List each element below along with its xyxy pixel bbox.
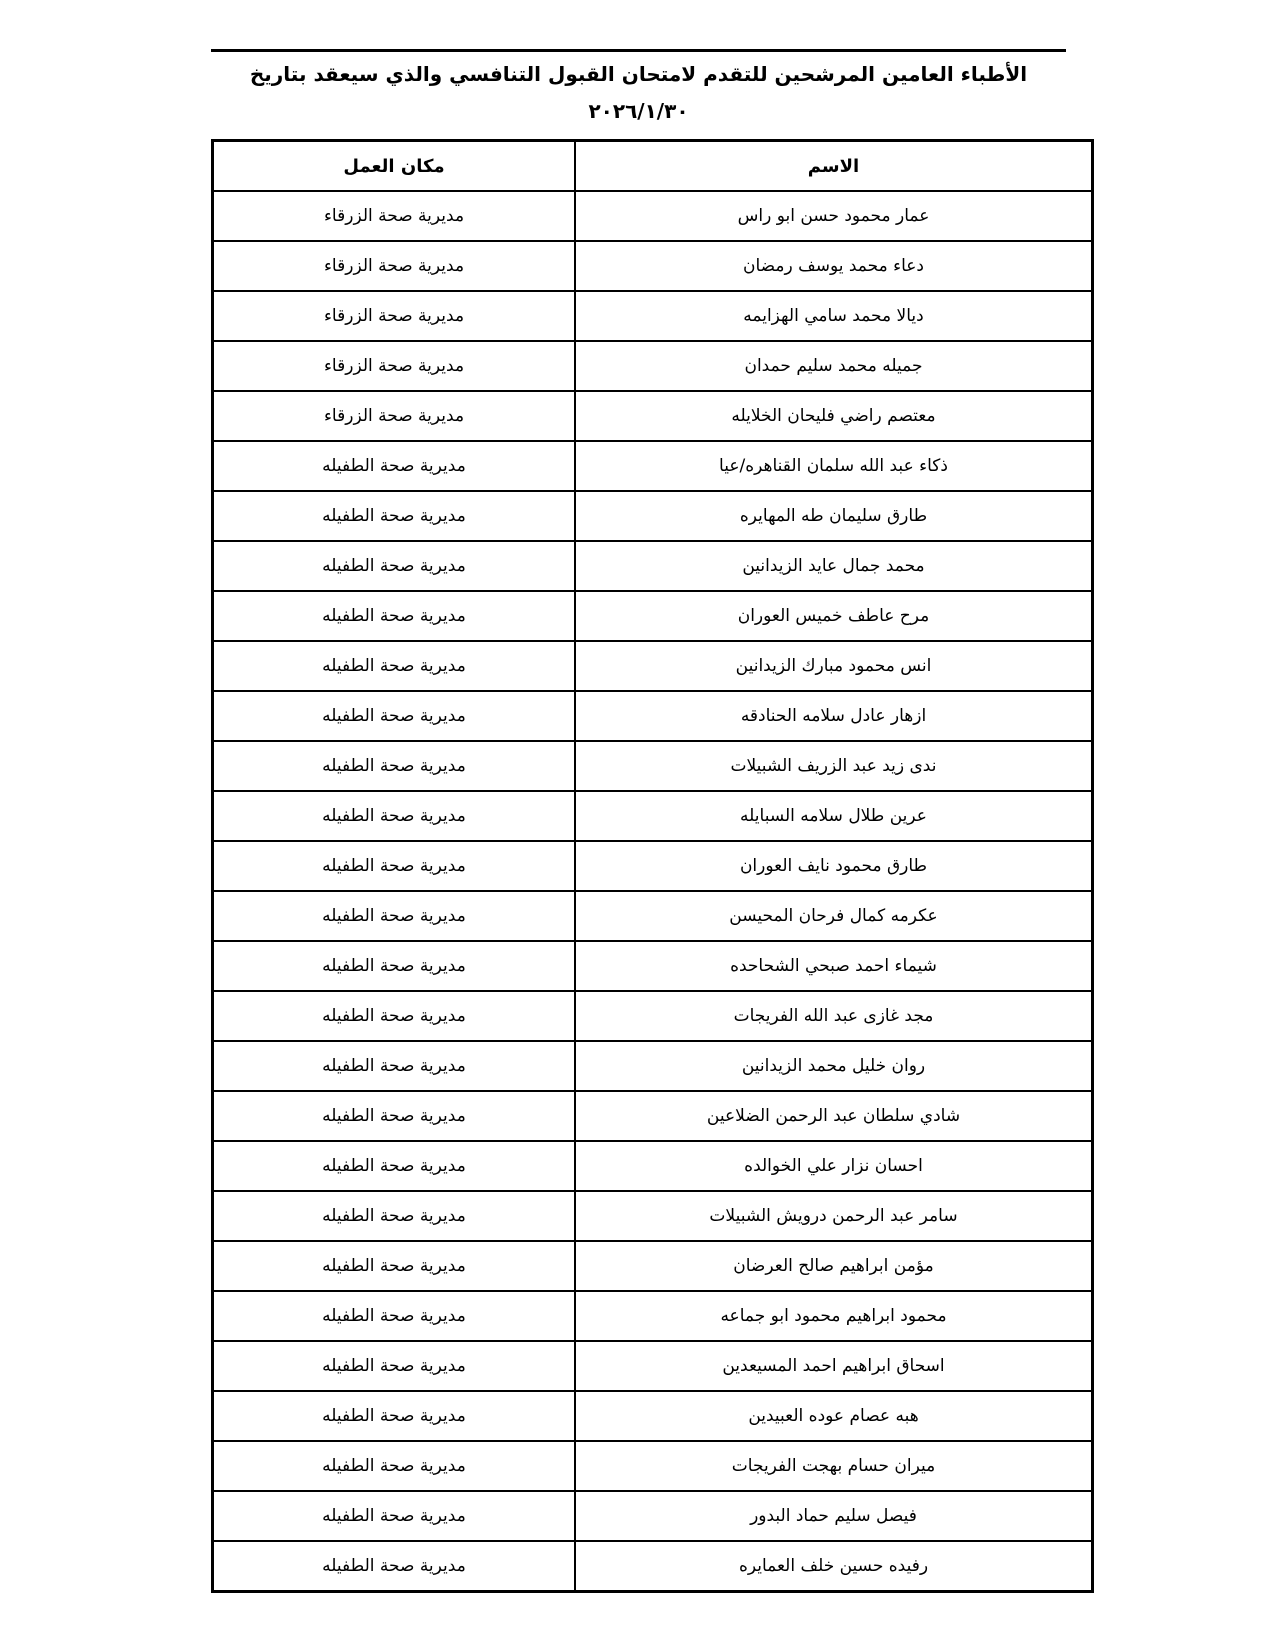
candidate-name-cell: عكرمه كمال فرحان المحيسن: [575, 891, 1093, 941]
table-row: طارق محمود نايف العورانمديرية صحة الطفيل…: [213, 841, 1093, 891]
workplace-cell: مديرية صحة الزرقاء: [213, 191, 576, 241]
candidate-name-cell: عرين طلال سلامه السبايله: [575, 791, 1093, 841]
header-rule: [211, 49, 1066, 52]
table-row: ذكاء عبد الله سلمان القناهره/عيامديرية ص…: [213, 441, 1093, 491]
workplace-cell: مديرية صحة الطفيله: [213, 791, 576, 841]
workplace-cell: مديرية صحة الطفيله: [213, 1391, 576, 1441]
candidate-name-cell: عمار محمود حسن ابو راس: [575, 191, 1093, 241]
table-row: احسان نزار علي الخوالدهمديرية صحة الطفيل…: [213, 1141, 1093, 1191]
table-row: فيصل سليم حماد البدورمديرية صحة الطفيله: [213, 1491, 1093, 1541]
workplace-cell: مديرية صحة الطفيله: [213, 891, 576, 941]
candidate-name-cell: روان خليل محمد الزيدانين: [575, 1041, 1093, 1091]
table-row: شادي سلطان عبد الرحمن الضلاعينمديرية صحة…: [213, 1091, 1093, 1141]
table-row: ميران حسام بهجت الفريجاتمديرية صحة الطفي…: [213, 1441, 1093, 1491]
table-row: عرين طلال سلامه السبايلهمديرية صحة الطفي…: [213, 791, 1093, 841]
candidate-name-cell: فيصل سليم حماد البدور: [575, 1491, 1093, 1541]
candidate-name-cell: اسحاق ابراهيم احمد المسيعدين: [575, 1341, 1093, 1391]
table-row: طارق سليمان طه المهايرهمديرية صحة الطفيل…: [213, 491, 1093, 541]
workplace-cell: مديرية صحة الطفيله: [213, 441, 576, 491]
candidate-name-cell: مجد غازى عبد الله الفريجات: [575, 991, 1093, 1041]
candidate-name-cell: ميران حسام بهجت الفريجات: [575, 1441, 1093, 1491]
workplace-cell: مديرية صحة الطفيله: [213, 1191, 576, 1241]
candidate-name-cell: محمود ابراهيم محمود ابو جماعه: [575, 1291, 1093, 1341]
candidate-name-cell: طارق سليمان طه المهايره: [575, 491, 1093, 541]
workplace-cell: مديرية صحة الطفيله: [213, 691, 576, 741]
workplace-cell: مديرية صحة الزرقاء: [213, 341, 576, 391]
header-row: الاسم مكان العمل: [213, 141, 1093, 192]
table-row: مرح عاطف خميس العورانمديرية صحة الطفيله: [213, 591, 1093, 641]
candidate-name-cell: مرح عاطف خميس العوران: [575, 591, 1093, 641]
candidate-name-cell: ذكاء عبد الله سلمان القناهره/عيا: [575, 441, 1093, 491]
workplace-cell: مديرية صحة الطفيله: [213, 1241, 576, 1291]
workplace-cell: مديرية صحة الطفيله: [213, 641, 576, 691]
workplace-column-header: مكان العمل: [213, 141, 576, 192]
workplace-cell: مديرية صحة الطفيله: [213, 541, 576, 591]
workplace-cell: مديرية صحة الطفيله: [213, 591, 576, 641]
candidate-name-cell: هبه عصام عوده العبيدين: [575, 1391, 1093, 1441]
workplace-cell: مديرية صحة الطفيله: [213, 1041, 576, 1091]
document-title-block: الأطباء العامين المرشحين للتقدم لامتحان …: [211, 56, 1066, 130]
candidate-name-cell: شيماء احمد صبحي الشحاحده: [575, 941, 1093, 991]
table-header: الاسم مكان العمل: [213, 141, 1093, 192]
workplace-cell: مديرية صحة الطفيله: [213, 1441, 576, 1491]
workplace-cell: مديرية صحة الطفيله: [213, 1141, 576, 1191]
table-row: محمد جمال عايد الزيدانينمديرية صحة الطفي…: [213, 541, 1093, 591]
table-row: اسحاق ابراهيم احمد المسيعدينمديرية صحة ا…: [213, 1341, 1093, 1391]
workplace-cell: مديرية صحة الطفيله: [213, 1291, 576, 1341]
table-row: عمار محمود حسن ابو راسمديرية صحة الزرقاء: [213, 191, 1093, 241]
workplace-cell: مديرية صحة الطفيله: [213, 1541, 576, 1592]
name-column-header: الاسم: [575, 141, 1093, 192]
candidate-name-cell: محمد جمال عايد الزيدانين: [575, 541, 1093, 591]
table-row: ديالا محمد سامي الهزايمهمديرية صحة الزرق…: [213, 291, 1093, 341]
table-row: مجد غازى عبد الله الفريجاتمديرية صحة الط…: [213, 991, 1093, 1041]
candidate-name-cell: معتصم راضي فليحان الخلايله: [575, 391, 1093, 441]
workplace-cell: مديرية صحة الطفيله: [213, 841, 576, 891]
table-row: ازهار عادل سلامه الحنادقهمديرية صحة الطف…: [213, 691, 1093, 741]
table-row: انس محمود مبارك الزيدانينمديرية صحة الطف…: [213, 641, 1093, 691]
workplace-cell: مديرية صحة الطفيله: [213, 991, 576, 1041]
workplace-cell: مديرية صحة الزرقاء: [213, 291, 576, 341]
exam-date: ٢٠٢٦/١/٣٠: [211, 93, 1066, 130]
table-row: سامر عبد الرحمن درويش الشبيلاتمديرية صحة…: [213, 1191, 1093, 1241]
workplace-cell: مديرية صحة الطفيله: [213, 741, 576, 791]
document-page: الأطباء العامين المرشحين للتقدم لامتحان …: [0, 0, 1275, 1650]
table-row: رفيده حسين خلف العمايرهمديرية صحة الطفيل…: [213, 1541, 1093, 1592]
table-row: ندى زيد عبد الزريف الشبيلاتمديرية صحة ال…: [213, 741, 1093, 791]
candidate-name-cell: دعاء محمد يوسف رمضان: [575, 241, 1093, 291]
workplace-cell: مديرية صحة الطفيله: [213, 1091, 576, 1141]
table-row: محمود ابراهيم محمود ابو جماعهمديرية صحة …: [213, 1291, 1093, 1341]
candidate-name-cell: مؤمن ابراهيم صالح العرضان: [575, 1241, 1093, 1291]
candidate-name-cell: سامر عبد الرحمن درويش الشبيلات: [575, 1191, 1093, 1241]
candidate-name-cell: شادي سلطان عبد الرحمن الضلاعين: [575, 1091, 1093, 1141]
table-row: روان خليل محمد الزيدانينمديرية صحة الطفي…: [213, 1041, 1093, 1091]
table-body: عمار محمود حسن ابو راسمديرية صحة الزرقاء…: [213, 191, 1093, 1592]
table-row: مؤمن ابراهيم صالح العرضانمديرية صحة الطف…: [213, 1241, 1093, 1291]
candidate-name-cell: ديالا محمد سامي الهزايمه: [575, 291, 1093, 341]
workplace-cell: مديرية صحة الطفيله: [213, 941, 576, 991]
table-row: عكرمه كمال فرحان المحيسنمديرية صحة الطفي…: [213, 891, 1093, 941]
workplace-cell: مديرية صحة الزرقاء: [213, 241, 576, 291]
candidate-name-cell: انس محمود مبارك الزيدانين: [575, 641, 1093, 691]
workplace-cell: مديرية صحة الطفيله: [213, 1491, 576, 1541]
candidate-name-cell: جميله محمد سليم حمدان: [575, 341, 1093, 391]
candidate-name-cell: رفيده حسين خلف العمايره: [575, 1541, 1093, 1592]
candidate-name-cell: احسان نزار علي الخوالده: [575, 1141, 1093, 1191]
table-row: شيماء احمد صبحي الشحاحدهمديرية صحة الطفي…: [213, 941, 1093, 991]
document-title: الأطباء العامين المرشحين للتقدم لامتحان …: [211, 56, 1066, 93]
candidate-name-cell: طارق محمود نايف العوران: [575, 841, 1093, 891]
table-row: هبه عصام عوده العبيدينمديرية صحة الطفيله: [213, 1391, 1093, 1441]
workplace-cell: مديرية صحة الطفيله: [213, 1341, 576, 1391]
workplace-cell: مديرية صحة الطفيله: [213, 491, 576, 541]
candidate-name-cell: ازهار عادل سلامه الحنادقه: [575, 691, 1093, 741]
candidate-name-cell: ندى زيد عبد الزريف الشبيلات: [575, 741, 1093, 791]
table-row: دعاء محمد يوسف رمضانمديرية صحة الزرقاء: [213, 241, 1093, 291]
table-row: معتصم راضي فليحان الخلايلهمديرية صحة الز…: [213, 391, 1093, 441]
workplace-cell: مديرية صحة الزرقاء: [213, 391, 576, 441]
table-row: جميله محمد سليم حمدانمديرية صحة الزرقاء: [213, 341, 1093, 391]
candidates-table: الاسم مكان العمل عمار محمود حسن ابو راسم…: [211, 139, 1094, 1593]
